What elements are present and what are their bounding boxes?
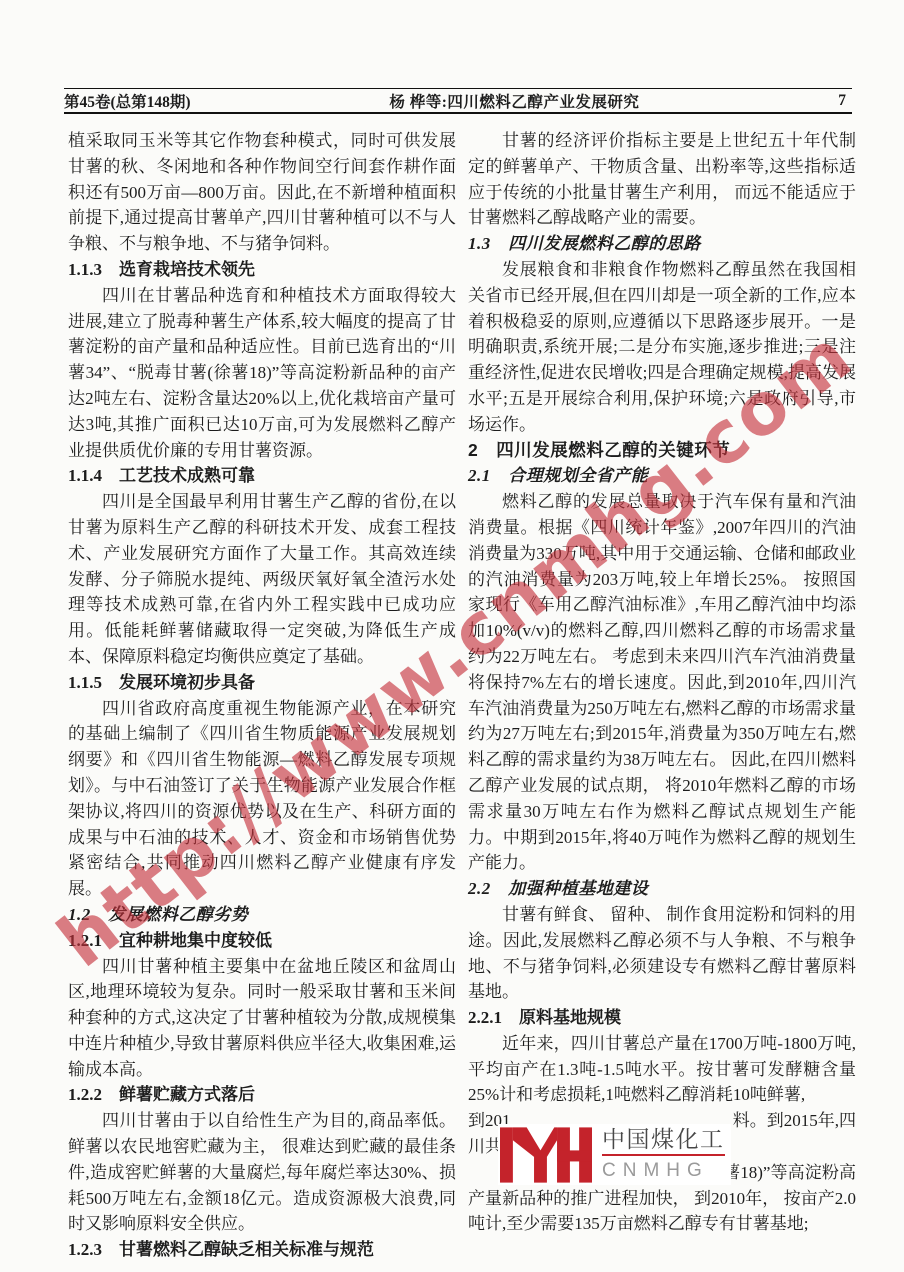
paragraph: 四川甘薯种植主要集中在盆地丘陵区和盆周山区,地理环境较为复杂。同时一般采取甘薯和… <box>68 954 456 1083</box>
mh-monogram-icon <box>500 1127 592 1183</box>
paragraph: 甘薯有鲜食、 留种、 制作食用淀粉和饲料的用途。因此,发展燃料乙醇必须不与人争粮… <box>468 902 856 1005</box>
section-heading-l2: 1.3 四川发展燃料乙醇的思路 <box>468 231 856 257</box>
section-heading-l1: 2 四川发展燃料乙醇的关键环节 <box>468 438 856 464</box>
paragraph: 四川甘薯由于以自给性生产为目的,商品率低。鲜薯以农民地窖贮藏为主， 很难达到贮藏… <box>68 1108 456 1237</box>
logo-name-latin: CNMHG <box>602 1159 725 1183</box>
cnmhg-logo: 中国煤化工 CNMHG <box>498 1124 731 1185</box>
logo-name-chinese: 中国煤化工 <box>602 1126 725 1156</box>
section-heading-l3: 1.1.3 选育栽培技术领先 <box>68 257 456 283</box>
paragraph: 四川是全国最早利用甘薯生产乙醇的省份,在以甘薯为原料生产乙醇的科研技术开发、成套… <box>68 489 456 670</box>
paragraph: 甘薯的经济评价指标主要是上世纪五十年代制定的鲜薯单产、干物质含量、出粉率等,这些… <box>468 128 856 231</box>
page-header: 第45卷(总第148期) 杨 桦等:四川燃料乙醇产业发展研究 7 <box>64 90 852 112</box>
paragraph: 四川省政府高度重视生物能源产业，在本研究的基础上编制了《四川省生物质能源产业发展… <box>68 696 456 902</box>
section-heading-l2: 1.2 发展燃料乙醇劣势 <box>68 902 456 928</box>
section-heading-l3: 1.2.1 宜种耕地集中度较低 <box>68 928 456 954</box>
paragraph: 燃料乙醇的发展总量取决于汽车保有量和汽油消费量。根据《四川统计年鉴》,2007年… <box>468 489 856 876</box>
header-rule-bottom <box>64 112 852 114</box>
page-number: 7 <box>838 92 852 110</box>
section-heading-l3: 1.2.3 甘薯燃料乙醇缺乏相关标准与规范 <box>68 1237 456 1263</box>
section-heading-l2: 2.1 合理规划全省产能 <box>468 463 856 489</box>
section-heading-l3: 1.1.4 工艺技术成熟可靠 <box>68 463 456 489</box>
logo-text-block: 中国煤化工 CNMHG <box>602 1126 725 1183</box>
paragraph-continued: 植采取同玉米等其它作物套种模式，同时可供发展甘薯的秋、冬闲地和各种作物间空行间套… <box>68 128 456 257</box>
line-fragment-right: 料。到2015年,四 <box>733 1108 856 1134</box>
section-heading-l3: 1.1.5 发展环境初步具备 <box>68 670 456 696</box>
right-text-column: 甘薯的经济评价指标主要是上世纪五十年代制定的鲜薯单产、干物质含量、出粉率等,这些… <box>468 128 856 1237</box>
paragraph: 近年来，四川甘薯总产量在1700万吨-1800万吨,平均亩产在1.3吨-1.5吨… <box>468 1031 856 1108</box>
journal-page: 第45卷(总第148期) 杨 桦等:四川燃料乙醇产业发展研究 7 植采取同玉米等… <box>0 0 904 1272</box>
paragraph: 四川在甘薯品种选育和种植技术方面取得较大进展,建立了脱毒种薯生产体系,较大幅度的… <box>68 283 456 464</box>
volume-issue-label: 第45卷(总第148期) <box>64 90 191 112</box>
section-heading-l3: 2.2.1 原料基地规模 <box>468 1005 856 1031</box>
section-heading-l2: 2.2 加强种植基地建设 <box>468 876 856 902</box>
running-title: 杨 桦等:四川燃料乙醇产业发展研究 <box>389 90 639 112</box>
left-text-column: 植采取同玉米等其它作物套种模式，同时可供发展甘薯的秋、冬闲地和各种作物间空行间套… <box>68 128 456 1263</box>
paragraph: 发展粮食和非粮食作物燃料乙醇虽然在我国相关省市已经开展,但在四川却是一项全新的工… <box>468 257 856 438</box>
header-rule-top <box>64 88 852 89</box>
section-heading-l3: 1.2.2 鲜薯贮藏方式落后 <box>68 1082 456 1108</box>
